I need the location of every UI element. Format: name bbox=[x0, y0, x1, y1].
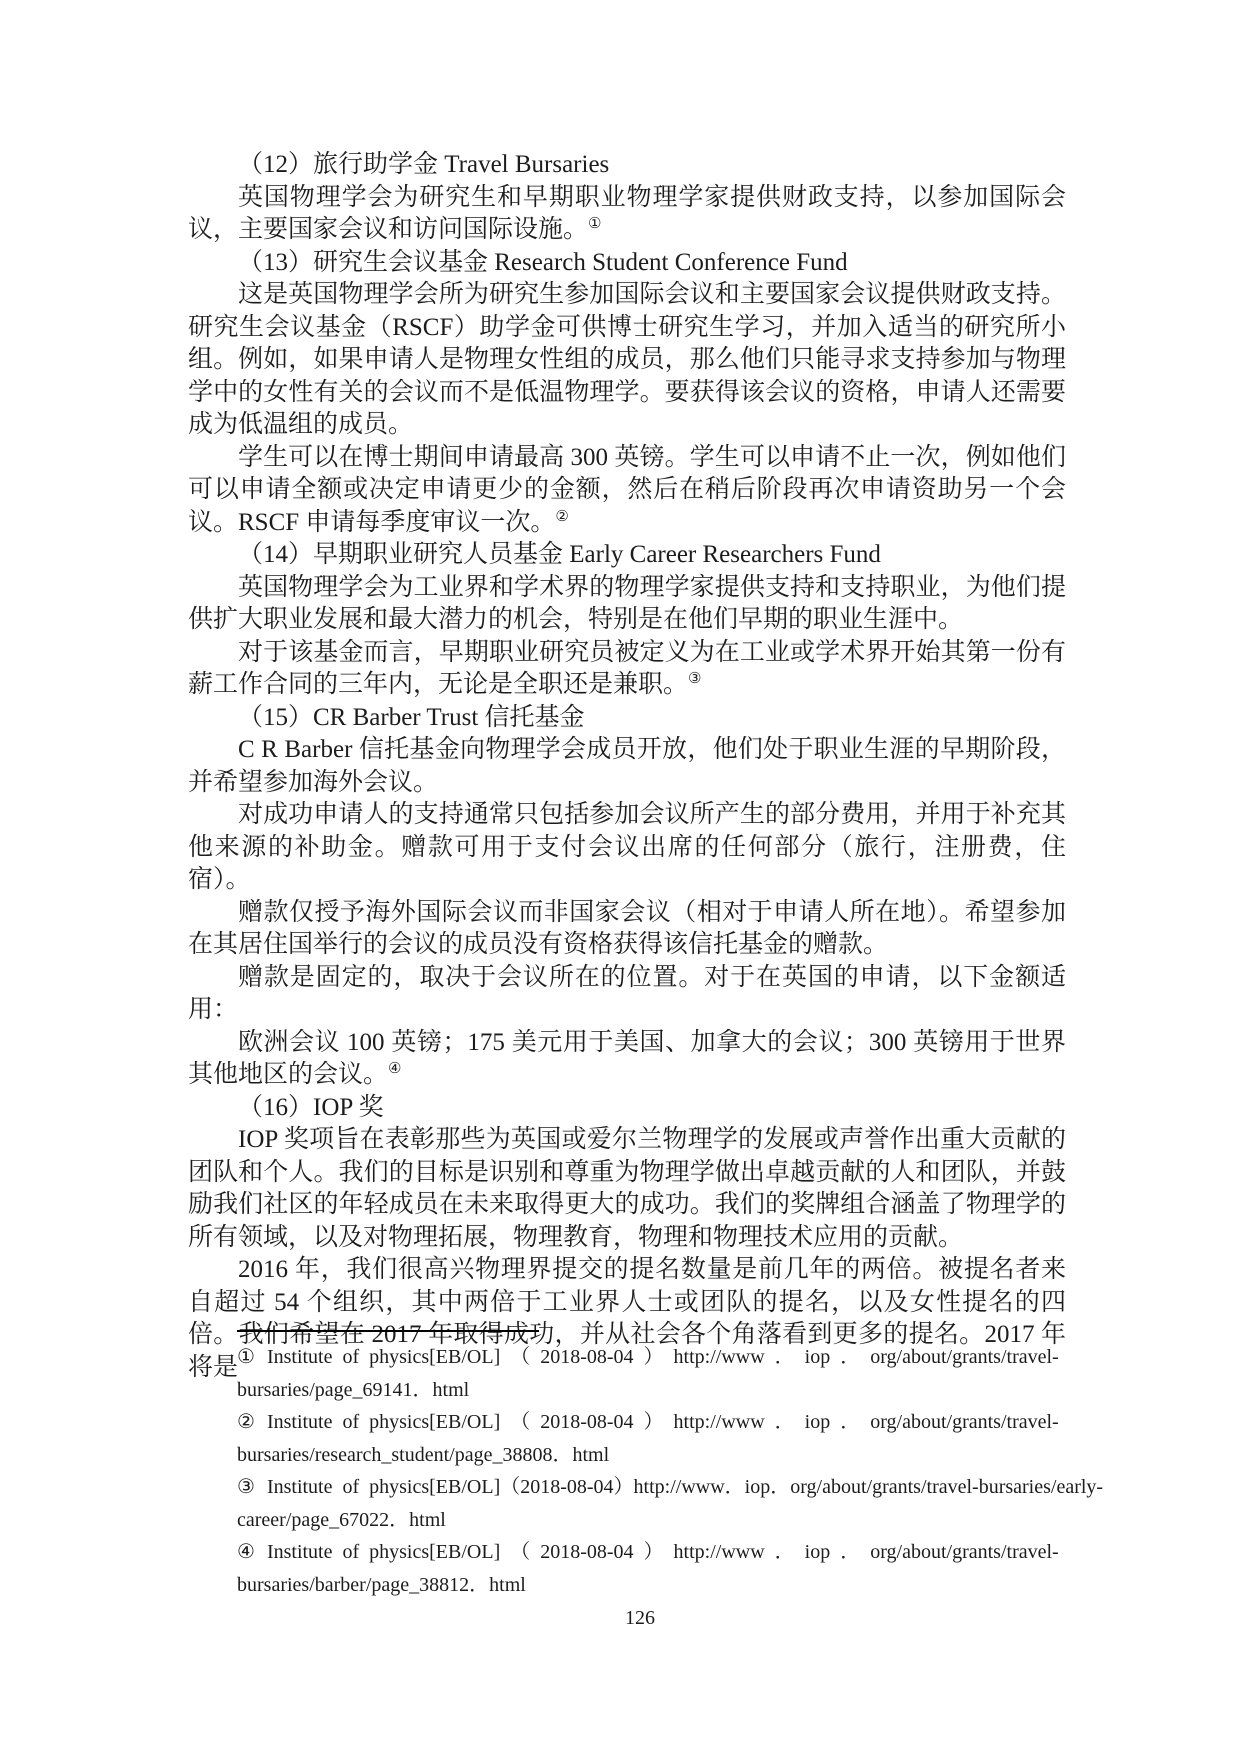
paragraph-text: IOP 奖项旨在表彰那些为英国或爱尔兰物理学的发展或声誉作出重大贡献的团队和个人… bbox=[188, 1126, 1066, 1251]
footnote-line: bursaries/page_69141．html bbox=[237, 1374, 1053, 1407]
paragraph-text: 对于该基金而言，早期职业研究员被定义为在工业或学术界开始其第一份有薪工作合同的三… bbox=[188, 639, 1066, 699]
body-paragraph: IOP 奖项旨在表彰那些为英国或爱尔兰物理学的发展或声誉作出重大贡献的团队和个人… bbox=[188, 1124, 1066, 1254]
body-paragraph: 学生可以在博士期间申请最高 300 英镑。学生可以申请不止一次，例如他们可以申请… bbox=[188, 442, 1066, 540]
paragraph-text: （12）旅行助学金 Travel Bursaries bbox=[238, 151, 609, 178]
footnote-ref-marker: ③ bbox=[688, 671, 701, 687]
body-paragraph: 英国物理学会为工业界和学术界的物理学家提供支持和支持职业，为他们提供扩大职业发展… bbox=[188, 572, 1066, 637]
paragraph-text: （13）研究生会议基金 Research Student Conference … bbox=[238, 249, 848, 276]
footnote-item: ④ Institute of physics[EB/OL] （ 2018-08-… bbox=[237, 1536, 1053, 1601]
paragraph-text: 赠款是固定的，取决于会议所在的位置。对于在英国的申请，以下金额适用： bbox=[188, 964, 1066, 1024]
body-paragraph: 这是英国物理学会所为研究生参加国际会议和主要国家会议提供财政支持。研究生会议基金… bbox=[188, 279, 1066, 442]
section-heading: （12）旅行助学金 Travel Bursaries bbox=[188, 149, 1066, 182]
body-paragraph: 欧洲会议 100 英镑；175 美元用于美国、加拿大的会议；300 英镑用于世界… bbox=[188, 1027, 1066, 1092]
body-paragraph: 赠款是固定的，取决于会议所在的位置。对于在英国的申请，以下金额适用： bbox=[188, 962, 1066, 1027]
footnote-number-icon: ③ bbox=[237, 1476, 257, 1498]
footnote-line: ③ Institute of physics[EB/OL]（2018-08-04… bbox=[237, 1471, 1053, 1504]
footnotes-section: ① Institute of physics[EB/OL] （ 2018-08-… bbox=[237, 1341, 1053, 1601]
body-paragraph: 赠款仅授予海外国际会议而非国家会议（相对于申请人所在地）。希望参加在其居住国举行… bbox=[188, 897, 1066, 962]
footnote-line: ① Institute of physics[EB/OL] （ 2018-08-… bbox=[237, 1341, 1053, 1374]
paragraph-text: 赠款仅授予海外国际会议而非国家会议（相对于申请人所在地）。希望参加在其居住国举行… bbox=[188, 899, 1066, 959]
paragraph-text: 对成功申请人的支持通常只包括参加会议所产生的部分费用，并用于补充其他来源的补助金… bbox=[188, 801, 1066, 893]
body-paragraph: 英国物理学会为研究生和早期职业物理学家提供财政支持，以参加国际会议，主要国家会议… bbox=[188, 182, 1066, 247]
paragraph-text: 英国物理学会为研究生和早期职业物理学家提供财政支持，以参加国际会议，主要国家会议… bbox=[188, 184, 1066, 244]
paragraph-text: 学生可以在博士期间申请最高 300 英镑。学生可以申请不止一次，例如他们可以申请… bbox=[188, 444, 1066, 536]
paragraph-text: （15）CR Barber Trust 信托基金 bbox=[238, 704, 585, 731]
footnote-number-icon: ④ bbox=[237, 1541, 257, 1563]
paragraph-text: （14）早期职业研究人员基金 Early Career Researchers … bbox=[238, 541, 881, 568]
paragraph-text: 这是英国物理学会所为研究生参加国际会议和主要国家会议提供财政支持。研究生会议基金… bbox=[188, 281, 1066, 438]
footnote-line: bursaries/research_student/page_38808．ht… bbox=[237, 1439, 1053, 1472]
footnote-line: ④ Institute of physics[EB/OL] （ 2018-08-… bbox=[237, 1536, 1053, 1569]
paragraph-text: C R Barber 信托基金向物理学会成员开放，他们处于职业生涯的早期阶段，并… bbox=[188, 736, 1066, 796]
footnote-ref-marker: ① bbox=[588, 216, 601, 232]
paragraph-text: 欧洲会议 100 英镑；175 美元用于美国、加拿大的会议；300 英镑用于世界… bbox=[188, 1029, 1066, 1089]
paragraph-text: （16）IOP 奖 bbox=[238, 1094, 384, 1121]
body-paragraph: 对成功申请人的支持通常只包括参加会议所产生的部分费用，并用于补充其他来源的补助金… bbox=[188, 799, 1066, 897]
footnote-ref-marker: ② bbox=[555, 509, 568, 525]
footnote-item: ① Institute of physics[EB/OL] （ 2018-08-… bbox=[237, 1341, 1053, 1406]
document-page: （12）旅行助学金 Travel Bursaries英国物理学会为研究生和早期职… bbox=[0, 0, 1240, 1753]
section-heading: （16）IOP 奖 bbox=[188, 1092, 1066, 1125]
paragraph-text: 英国物理学会为工业界和学术界的物理学家提供支持和支持职业，为他们提供扩大职业发展… bbox=[188, 574, 1066, 634]
footnote-line: ② Institute of physics[EB/OL] （ 2018-08-… bbox=[237, 1406, 1053, 1439]
footnote-number-icon: ① bbox=[237, 1346, 257, 1368]
footnote-item: ② Institute of physics[EB/OL] （ 2018-08-… bbox=[237, 1406, 1053, 1471]
page-number: 126 bbox=[40, 1605, 1240, 1631]
document-body: （12）旅行助学金 Travel Bursaries英国物理学会为研究生和早期职… bbox=[188, 149, 1066, 1384]
footnote-number-icon: ② bbox=[237, 1411, 257, 1433]
footnote-line: bursaries/barber/page_38812．html bbox=[237, 1569, 1053, 1602]
section-heading: （14）早期职业研究人员基金 Early Career Researchers … bbox=[188, 539, 1066, 572]
footnote-line: career/page_67022．html bbox=[237, 1504, 1053, 1537]
body-paragraph: 对于该基金而言，早期职业研究员被定义为在工业或学术界开始其第一份有薪工作合同的三… bbox=[188, 637, 1066, 702]
footnote-ref-marker: ④ bbox=[388, 1061, 401, 1077]
section-heading: （15）CR Barber Trust 信托基金 bbox=[188, 702, 1066, 735]
footnote-separator-rule bbox=[237, 1330, 539, 1332]
section-heading: （13）研究生会议基金 Research Student Conference … bbox=[188, 247, 1066, 280]
footnote-item: ③ Institute of physics[EB/OL]（2018-08-04… bbox=[237, 1471, 1053, 1536]
body-paragraph: C R Barber 信托基金向物理学会成员开放，他们处于职业生涯的早期阶段，并… bbox=[188, 734, 1066, 799]
